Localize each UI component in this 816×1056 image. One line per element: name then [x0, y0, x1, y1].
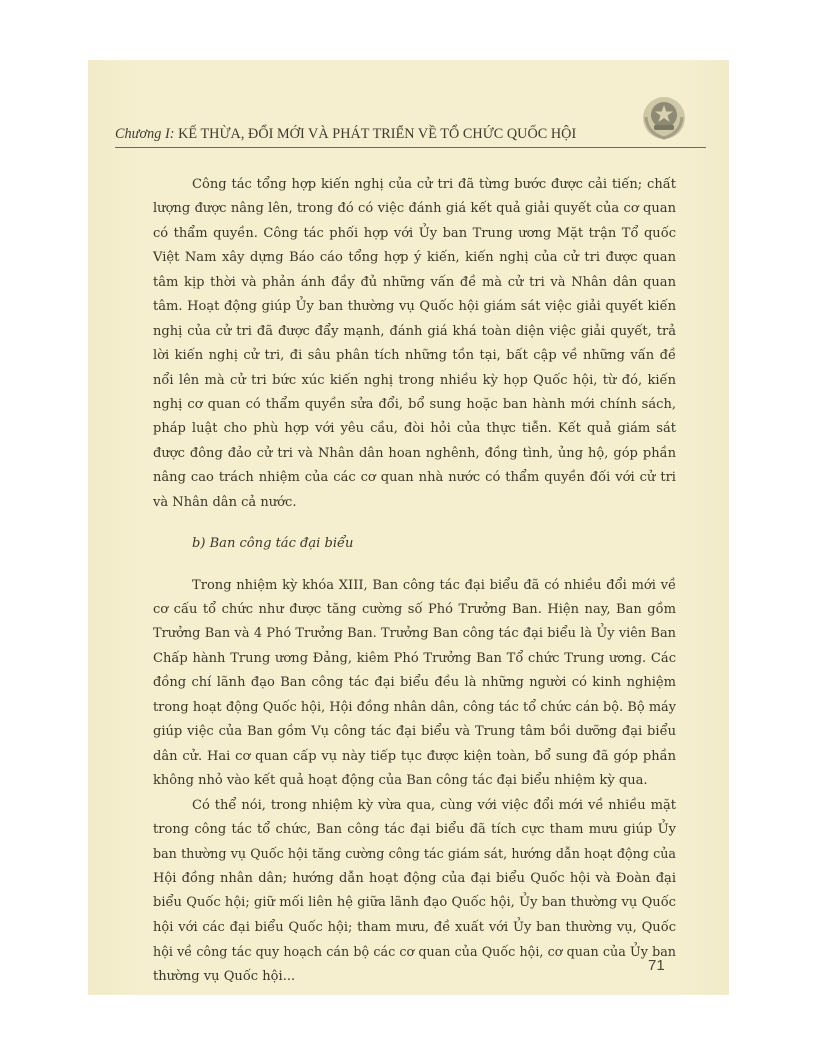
text-line: Hội đồng nhân dân; hướng dẫn hoạt động c… — [153, 867, 676, 891]
section-subheading: b) Ban công tác đại biểu — [153, 532, 676, 556]
text-line: đồng chí lãnh đạo Ban công tác đại biểu … — [153, 671, 676, 695]
text-line: biểu Quốc hội; giữ mối liên hệ giữa lãnh… — [153, 891, 676, 915]
chapter-label: Chương I: — [115, 126, 175, 142]
text-line: không nhỏ vào kết quả hoạt động của Ban … — [153, 769, 676, 793]
text-line: được đông đảo cử tri và Nhân dân hoan ng… — [153, 442, 676, 466]
text-line: nâng cao trách nhiệm của các cơ quan nhà… — [153, 466, 676, 490]
paragraph-1: Công tác tổng hợp kiến nghị của cử tri đ… — [153, 173, 676, 515]
text-line: Công tác tổng hợp kiến nghị của cử tri đ… — [153, 173, 676, 197]
text-line: Có thể nói, trong nhiệm kỳ vừa qua, cùng… — [153, 794, 676, 818]
text-line: Chấp hành Trung ương Đảng, kiêm Phó Trưở… — [153, 647, 676, 671]
text-line: ban thường vụ Quốc hội tăng cường công t… — [153, 842, 676, 866]
text-line: có thẩm quyền. Công tác phối hợp với Ủy … — [153, 222, 676, 246]
text-line: hội với các đại biểu Quốc hội; tham mưu,… — [153, 916, 676, 940]
national-emblem-icon — [641, 95, 687, 141]
text-line: hội về công tác quy hoạch cán bộ các cơ … — [153, 940, 676, 964]
text-line: trong công tác tổ chức, Ban công tác đại… — [153, 818, 676, 842]
page-number: 71 — [648, 957, 665, 974]
text-line: lời kiến nghị cử tri, đi sâu phân tích n… — [153, 344, 676, 368]
running-header: Chương I: KẾ THỪA, ĐỔI MỚI VÀ PHÁT TRIỂN… — [115, 126, 705, 148]
text-line: Việt Nam xây dựng Báo cáo tổng hợp ý kiế… — [153, 246, 676, 270]
text-line: và Nhân dân cả nước. — [153, 491, 676, 515]
text-line: tâm. Hoạt động giúp Ủy ban thường vụ Quố… — [153, 295, 676, 319]
text-line: dân cử. Hai cơ quan cấp vụ này tiếp tục … — [153, 745, 676, 769]
text-line: nổi lên mà cử tri bức xúc kiến nghị tron… — [153, 369, 676, 393]
header-rule — [115, 147, 706, 148]
text-line: thường vụ Quốc hội... — [153, 965, 676, 989]
text-line: Trưởng Ban và 4 Phó Trưởng Ban. Trưởng B… — [153, 622, 676, 646]
text-line: pháp luật cho phù hợp với yêu cầu, đòi h… — [153, 417, 676, 441]
chapter-title: KẾ THỪA, ĐỔI MỚI VÀ PHÁT TRIỂN VỀ TỔ CHỨ… — [178, 126, 576, 142]
text-line: nghị của cử tri đã được đẩy mạnh, đánh g… — [153, 320, 676, 344]
text-line: lượng được nâng lên, trong đó có việc đá… — [153, 197, 676, 221]
text-line: nghị cơ quan có thẩm quyền sửa đổi, bổ s… — [153, 393, 676, 417]
paragraph-3: Có thể nói, trong nhiệm kỳ vừa qua, cùng… — [153, 794, 676, 990]
text-line: cơ cấu tổ chức như được tăng cường số Ph… — [153, 598, 676, 622]
text-line: trong hoạt động Quốc hội, Hội đồng nhân … — [153, 696, 676, 720]
body-text: Công tác tổng hợp kiến nghị của cử tri đ… — [153, 173, 676, 989]
text-line: tâm kịp thời và phản ánh đầy đủ những vấ… — [153, 271, 676, 295]
text-line: Trong nhiệm kỳ khóa XIII, Ban công tác đ… — [153, 574, 676, 598]
text-line: giúp việc của Ban gồm Vụ công tác đại bi… — [153, 720, 676, 744]
paragraph-2: Trong nhiệm kỳ khóa XIII, Ban công tác đ… — [153, 574, 676, 794]
